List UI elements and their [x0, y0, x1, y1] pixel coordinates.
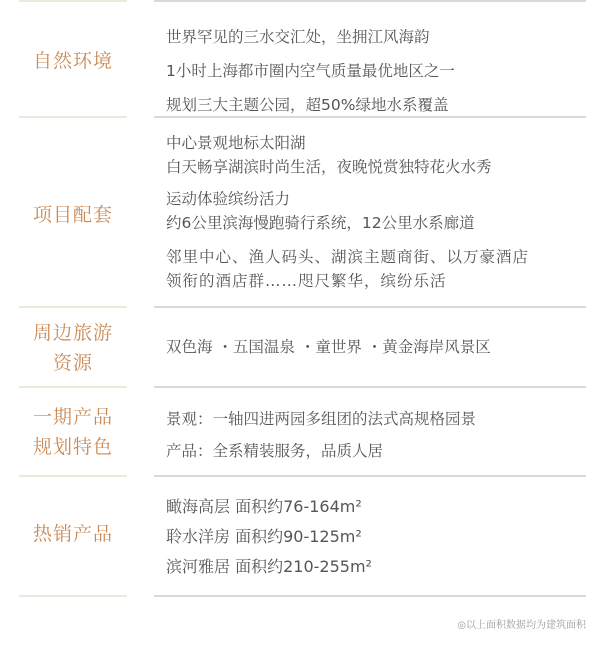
section-label-phase1-product-features: 一期产品 规划特色	[19, 402, 127, 462]
content-line: 中心景观地标太阳湖	[166, 131, 586, 155]
content-line: 约6公里滨海慢跑骑行系统，12公里水系廊道	[166, 211, 586, 235]
divider-right	[154, 116, 586, 118]
label-line: 规划特色	[19, 432, 127, 462]
section-label-surrounding-tourism: 周边旅游 资源	[19, 318, 127, 378]
content-line: 运动体验缤纷活力	[166, 187, 586, 211]
divider-right	[154, 475, 586, 477]
content-line: 1小时上海都市圈内空气质量最优地区之一	[166, 54, 586, 88]
divider-right	[154, 595, 586, 597]
divider-left	[19, 306, 127, 308]
product-line: 瞰海高层 面积约76-164m²	[166, 492, 586, 522]
section-content-phase1-product-features: 景观：一轴四进两园多组团的法式高规格园景 产品：全系精装服务，品质人居	[166, 403, 586, 467]
content-line: 双色海 ・五国温泉 ・童世界 ・黄金海岸风景区	[166, 334, 586, 360]
content-line: 白天畅享湖滨时尚生活，夜晚悦赏独特花火水秀	[166, 155, 586, 179]
content-line: 世界罕见的三水交汇处，坐拥江风海韵	[166, 20, 586, 54]
footnote: ◎以上面积数据均为建筑面积	[457, 616, 586, 631]
divider-left	[19, 0, 127, 2]
content-line: 景观：一轴四进两园多组团的法式高规格园景	[166, 403, 586, 435]
label-line: 一期产品	[19, 402, 127, 432]
divider-right	[154, 0, 586, 2]
section-content-surrounding-tourism: 双色海 ・五国温泉 ・童世界 ・黄金海岸风景区	[166, 334, 586, 360]
section-content-hot-products: 瞰海高层 面积约76-164m² 聆水洋房 面积约90-125m² 滨河雅居 面…	[166, 492, 586, 582]
content-line: 领衔的酒店群……咫尺繁华，缤纷乐活	[166, 269, 586, 293]
product-line: 聆水洋房 面积约90-125m²	[166, 522, 586, 552]
label-line: 资源	[19, 348, 127, 378]
divider-right	[154, 386, 586, 388]
product-line: 滨河雅居 面积约210-255m²	[166, 552, 586, 582]
divider-left	[19, 116, 127, 118]
section-label-hot-products: 热销产品	[19, 519, 127, 549]
section-content-natural-environment: 世界罕见的三水交汇处，坐拥江风海韵 1小时上海都市圈内空气质量最优地区之一 规划…	[166, 20, 586, 122]
section-label-project-facilities: 项目配套	[19, 200, 127, 230]
section-content-project-facilities: 中心景观地标太阳湖 白天畅享湖滨时尚生活，夜晚悦赏独特花火水秀 运动体验缤纷活力…	[166, 131, 586, 293]
divider-left	[19, 386, 127, 388]
divider-left	[19, 475, 127, 477]
section-label-natural-environment: 自然环境	[19, 46, 127, 76]
label-line: 周边旅游	[19, 318, 127, 348]
content-line: 邻里中心、渔人码头、湖滨主题商街、以万豪酒店	[166, 245, 586, 269]
divider-right	[154, 306, 586, 308]
content-line: 产品：全系精装服务，品质人居	[166, 435, 586, 467]
divider-left	[19, 595, 127, 597]
